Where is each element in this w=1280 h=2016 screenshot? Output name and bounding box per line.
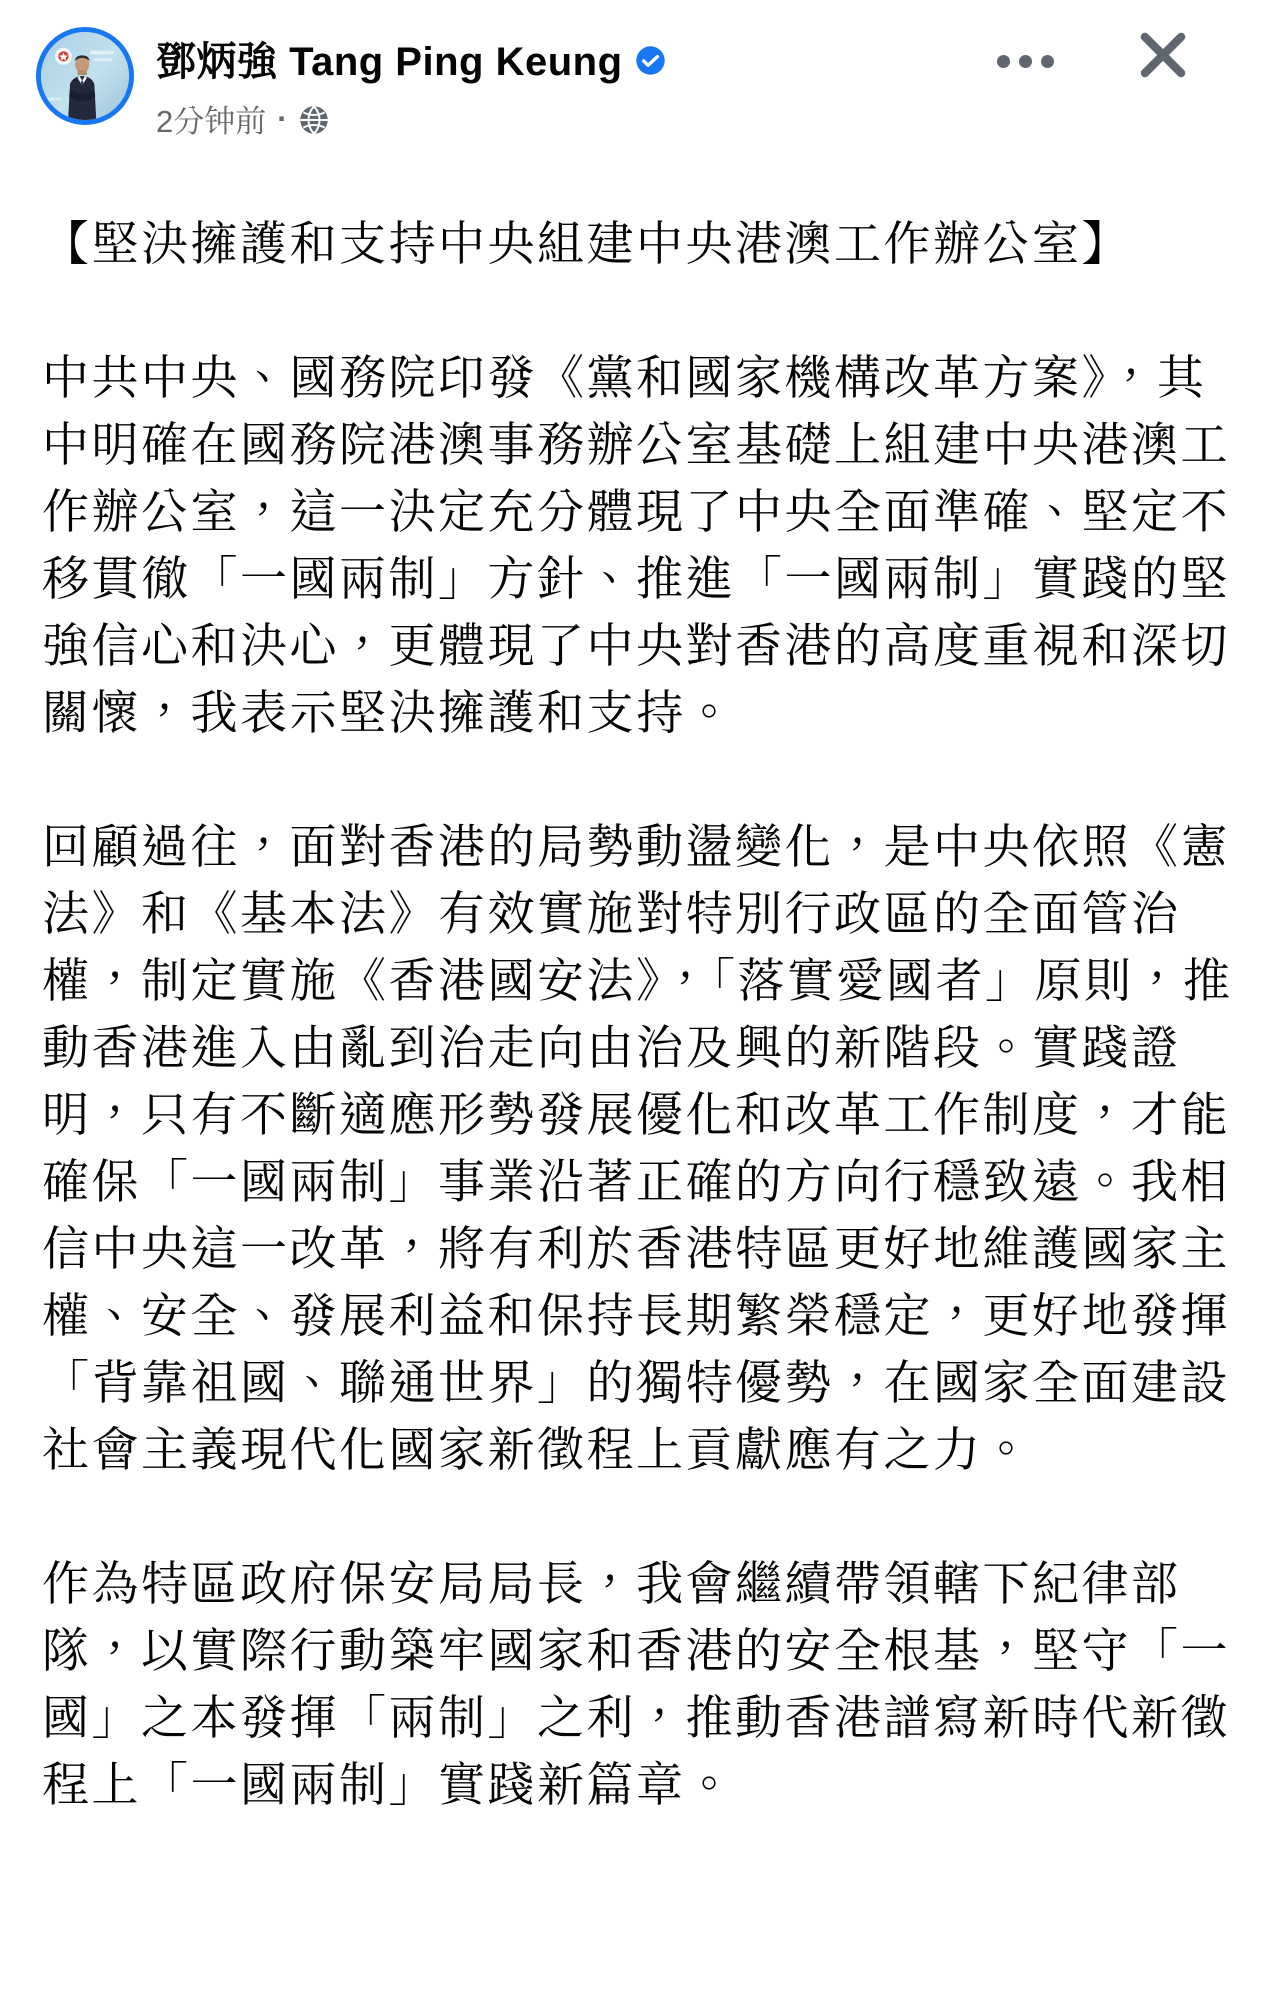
post-paragraph: 中共中央、國務院印發《黨和國家機構改革方案》，其中明確在國務院港澳事務辦公室基礎… xyxy=(42,344,1242,746)
close-icon xyxy=(1132,24,1194,86)
close-button[interactable] xyxy=(1128,20,1198,90)
profile-name: 鄧炳強 Tang Ping Keung xyxy=(156,30,623,87)
verified-badge-icon xyxy=(635,45,666,76)
post-paragraph: 作為特區政府保安局局長，我會繼續帶領轄下紀律部隊，以實際行動築牢國家和香港的安全… xyxy=(42,1550,1242,1818)
post-meta[interactable]: 2分钟前 · xyxy=(156,96,666,141)
profile-link[interactable]: 鄧炳強 Tang Ping Keung xyxy=(156,30,666,87)
post-body: 【堅決擁護和支持中央組建中央港澳工作辦公室】 中共中央、國務院印發《黨和國家機構… xyxy=(0,138,1280,1818)
more-options-button[interactable] xyxy=(985,36,1065,86)
more-options-dot xyxy=(1041,55,1054,68)
meta-separator: · xyxy=(277,101,287,137)
post-header: 鄧炳強 Tang Ping Keung 2分钟前 · xyxy=(0,0,1280,138)
globe-icon xyxy=(299,105,329,135)
avatar[interactable] xyxy=(36,27,134,125)
header-text: 鄧炳強 Tang Ping Keung 2分钟前 · xyxy=(156,30,666,141)
post-title: 【堅決擁護和支持中央組建中央港澳工作辦公室】 xyxy=(42,210,1242,277)
more-options-dot xyxy=(1019,55,1032,68)
timestamp: 2分钟前 xyxy=(156,96,266,141)
avatar-photo xyxy=(41,32,129,120)
post-viewer: 鄧炳強 Tang Ping Keung 2分钟前 · xyxy=(0,0,1280,2016)
post-paragraph: 回顧過往，面對香港的局勢動盪變化，是中央依照《憲法》和《基本法》有效實施對特別行… xyxy=(42,813,1242,1483)
more-options-dot xyxy=(997,55,1010,68)
